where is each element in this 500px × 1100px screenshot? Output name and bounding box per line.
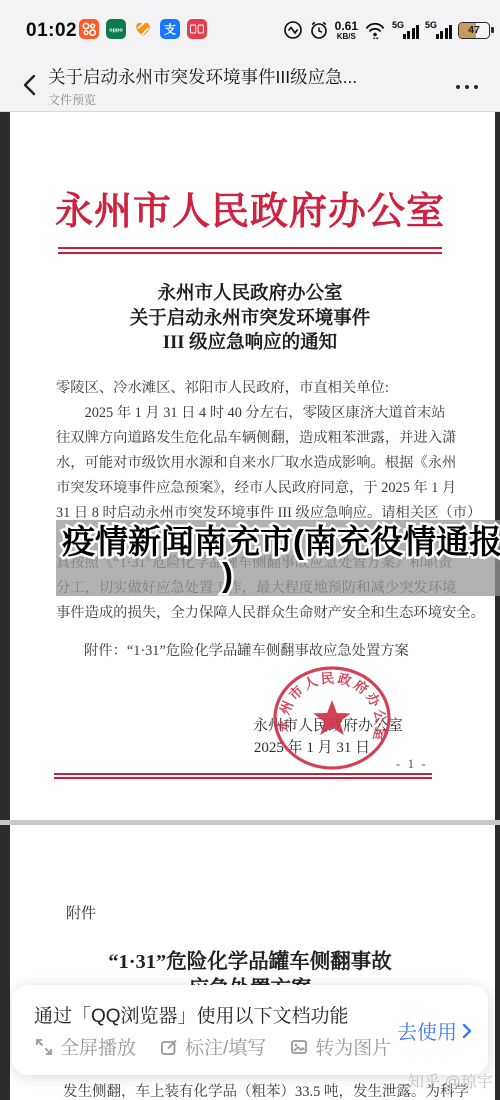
- fullscreen-icon: [34, 1037, 54, 1057]
- feature-buttons: 全屏播放 标注/填写 转为图片: [34, 1033, 391, 1060]
- health-heart-icon: [133, 19, 153, 39]
- svg-text:oppo: oppo: [109, 28, 123, 34]
- page-separator: [0, 820, 500, 825]
- page2-title-partial: 应急处置方案: [0, 971, 500, 985]
- masthead-divider: [58, 247, 442, 254]
- oppo-app-icon: oppo: [106, 19, 126, 39]
- page-number: - 1 -: [396, 756, 428, 772]
- nav-bar: 关于启动永州市突发环境事件III级应急... 文件预览: [0, 57, 500, 112]
- image-icon: [289, 1037, 309, 1057]
- svg-text:支: 支: [164, 22, 176, 37]
- signal-5g-icon-1: 5G: [392, 19, 419, 41]
- bottom-sheet-title: 通过「QQ浏览器」使用以下文档功能: [34, 1001, 349, 1028]
- alipay-app-icon: 支: [160, 19, 180, 39]
- fullscreen-play-button[interactable]: 全屏播放: [34, 1033, 136, 1060]
- wifi-icon: [364, 19, 386, 41]
- page-footer-line: [54, 773, 432, 779]
- chevron-right-icon: [462, 1023, 472, 1039]
- back-button[interactable]: [14, 69, 44, 101]
- body-line: 零陵区、冷水滩区、祁阳市人民政府，市直相关单位:: [56, 376, 448, 401]
- convert-to-image-button[interactable]: 转为图片: [289, 1033, 391, 1060]
- status-right-cluster: 0.61 KB/S 5G 5G 47: [283, 17, 490, 43]
- battery-icon: 47: [458, 22, 490, 39]
- go-use-button[interactable]: 去使用: [397, 1016, 472, 1045]
- attachment-line: 附件：“1·31”危险化学品罐车侧翻事故应急处置方案: [84, 640, 484, 660]
- status-bar: 01:02 oppo 支: [0, 0, 500, 57]
- page2-attachment-label: 附件: [66, 902, 96, 923]
- body-line: 事件造成的损失，全力保障人民群众生命财产安全和生态环境安全。: [56, 601, 448, 626]
- bottom-sheet: 通过「QQ浏览器」使用以下文档功能 去使用 全屏播放 标注/填写 转为图片: [12, 985, 488, 1075]
- document-masthead: 永州市人民政府办公室: [0, 180, 500, 235]
- annotate-icon: [159, 1037, 179, 1057]
- caption-band: [56, 520, 500, 596]
- red-app-icon: [187, 19, 207, 39]
- annotate-fill-button[interactable]: 标注/填写: [159, 1033, 266, 1060]
- alarm-clock-icon: [309, 20, 329, 40]
- watermark: 知乎 @琼宇: [408, 1069, 493, 1092]
- body-line: 市突发环境事件应急预案》，经市人民政府同意，于 2025 年 1 月: [56, 476, 448, 501]
- page2-title: “1·31”危险化学品罐车侧翻事故: [0, 944, 500, 974]
- body-line: 水，可能对市级饮用水源和自来水厂取水造成影响。根据《永州: [56, 451, 448, 476]
- data-saver-icon: [283, 20, 303, 40]
- page-title: 关于启动永州市突发环境事件III级应急...: [48, 64, 357, 89]
- body-line: 2025 年 1 月 31 日 4 时 40 分左右，零陵区康济大道首末站: [56, 401, 448, 426]
- body-line: 往双牌方向道路发生危化品车辆侧翻，造成粗苯泄露，并进入潇: [56, 426, 448, 451]
- kuaishou-app-icon: [79, 19, 99, 39]
- page-subtitle: 文件预览: [48, 91, 357, 108]
- more-options-button[interactable]: [456, 79, 479, 95]
- notification-icons: oppo 支: [79, 19, 207, 39]
- network-speed: 0.61 KB/S: [335, 20, 358, 41]
- clock-time: 01:02: [26, 20, 77, 42]
- official-seal: 永州市人民政府办公室: [270, 664, 394, 772]
- phone-screen: 01:02 oppo 支: [0, 0, 500, 1100]
- back-chevron-icon: [23, 74, 36, 96]
- document-title: 永州市人民政府办公室 关于启动永州市突发环境事件 III 级应急响应的通知: [0, 282, 500, 356]
- signal-5g-icon-2: 5G: [425, 19, 452, 41]
